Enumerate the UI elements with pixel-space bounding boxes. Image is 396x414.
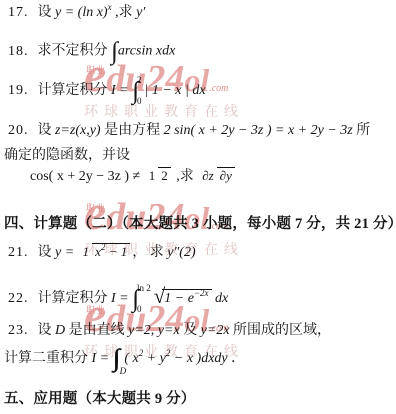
math-arcsin-x: arcsin x <box>118 44 162 59</box>
math-dx: dx <box>162 44 175 59</box>
integral-lower-limit: 0 <box>137 97 142 106</box>
problem-20-text-implicit: 确定的隐函数，并设 <box>4 148 130 163</box>
problem-19-number: 19. <box>8 83 29 98</box>
problem-23-text-region: 所围成的区域， <box>230 323 332 338</box>
math-y-double-prime: y″(2) <box>167 245 195 260</box>
math-region-D: D <box>55 323 65 338</box>
math-sin-equation: 2 sin( x + 2y − 3z ) = x + 2y − 3z <box>164 123 353 138</box>
math-dx: dx <box>192 83 205 98</box>
exam-page: 职业edu24ol.com 环球职业教育在线 职业edu24ol.com 环球职… <box>0 0 396 414</box>
problem-23-text-lines: 是由直线 <box>65 323 128 338</box>
partial-numerator: ∂z <box>199 168 216 183</box>
problem-22: 22.计算定积分 I = ∫ln 20√1 − e−2x dx <box>8 284 228 314</box>
problem-17-text-find: ,求 <box>112 5 137 20</box>
problem-21: 21.设 y = 1x2 − 1， 求 y″(2) <box>8 244 196 262</box>
math-y-prime: y′ <box>136 5 145 20</box>
problem-23-number: 23. <box>8 323 29 338</box>
math-y-equals-lnx: y = (ln x) <box>55 5 108 20</box>
math-plus-y: + y <box>143 351 166 366</box>
problem-23-text-compute: 计算二重积分 <box>4 351 92 366</box>
problem-18-number: 18. <box>8 44 29 59</box>
problem-20-text-find: ,求 <box>173 169 198 184</box>
problem-20-text-suo: 所 <box>353 123 371 138</box>
problem-19: 19.计算定积分 I = ∫20| 1 − x | dx <box>8 76 206 106</box>
problem-20: 20.设 z=z(x,y) 是由方程 2 sin( x + 2y − 3z ) … <box>8 122 370 140</box>
problem-20-condition: cos( x + 2y − 3z ) ≠ 12 ,求 ∂z∂y <box>30 168 237 186</box>
math-abs-1-minus-x: | 1 − x | <box>144 83 192 98</box>
math-dx: dx <box>212 291 229 306</box>
integral-lower-limit: 0 <box>137 305 142 314</box>
partial-denominator: ∂y <box>217 167 235 183</box>
problem-19-text: 计算定积分 <box>38 83 112 98</box>
problem-18-text: 求不定积分 <box>38 44 112 59</box>
sentence-period: ． <box>228 351 246 366</box>
problem-22-number: 22. <box>8 291 29 306</box>
fraction-one-half: 12 <box>146 169 171 184</box>
integral-upper-limit: ln 2 <box>137 284 151 293</box>
math-z-of-xy: z=z(x,y) <box>55 123 101 138</box>
fraction-1-over-x2-minus-1: 1x2 − 1 <box>80 245 131 260</box>
math-minus-x-dxdy: − x )dxdy <box>170 351 227 366</box>
math-y2-yx: y=2, y=x <box>128 323 180 338</box>
problem-20-text-she: 设 <box>38 123 56 138</box>
section-5-title: 五、应用题（本大题共 9 分） <box>4 391 196 407</box>
math-I-equals: I = <box>92 351 113 366</box>
math-open-x: ( x <box>124 351 138 366</box>
problem-17: 17.设 y = (ln x)x ,求 y′ <box>8 4 145 22</box>
section-5-header: 五、应用题（本大题共 9 分） <box>4 390 196 408</box>
problem-23-text-she: 设 <box>38 323 56 338</box>
math-y-2x: y=2x <box>201 323 230 338</box>
problem-23: 23.设 D 是由直线 y=2, y=x 及 y=2x 所围成的区域， <box>8 322 331 340</box>
problem-21-text: 设 <box>38 245 56 260</box>
partial-derivative-dz-dy: ∂z∂y <box>199 169 235 184</box>
fraction-numerator: 1 <box>80 244 93 259</box>
problem-18: 18.求不定积分 ∫arcsin xdx <box>8 39 175 64</box>
math-y-equals: y = <box>55 245 78 260</box>
integral-upper-limit: 2 <box>137 76 142 85</box>
section-4-header: 四、计算题（二）（本大题共 3 小题，每小题 7 分，共 21 分） <box>4 215 396 233</box>
double-integral-domain-D: D <box>120 362 127 380</box>
double-integral: ∫∫D <box>113 346 121 372</box>
fraction-numerator: 1 <box>146 168 159 183</box>
integral-limits: 20 <box>137 76 142 106</box>
problem-23-text-and: 及 <box>180 323 201 338</box>
sqrt-radicand: 1 − e−2x <box>162 289 211 306</box>
problem-20-text-equation: 是由方程 <box>101 123 164 138</box>
fraction-denominator: x2 − 1 <box>92 243 130 259</box>
problem-21-number: 21. <box>8 245 29 260</box>
problem-22-text: 计算定积分 <box>38 291 112 306</box>
section-4-title: 四、计算题（二）（本大题共 3 小题，每小题 7 分，共 21 分） <box>4 216 396 232</box>
integral-limits: ln 20 <box>137 284 151 314</box>
problem-17-number: 17. <box>8 5 29 20</box>
watermark-logo-com: .com <box>209 83 228 94</box>
problem-20-number: 20. <box>8 123 29 138</box>
math-minus-1: − 1 <box>105 244 127 259</box>
math-I-equals: I = <box>111 83 132 98</box>
math-1-minus-e: 1 − e <box>164 291 194 306</box>
fraction-denominator: 2 <box>158 167 171 183</box>
problem-17-text: 设 <box>38 5 56 20</box>
problem-20-continuation: 确定的隐函数，并设 <box>4 147 130 165</box>
math-I-equals: I = <box>111 291 132 306</box>
math-exponent-minus-2x: −2x <box>194 288 209 298</box>
problem-21-text-find: ， 求 <box>132 245 167 260</box>
problem-23-continuation: 计算二重积分 I = ∫∫D( x2 + y2 − x )dxdy ． <box>4 346 245 372</box>
math-cos-condition: cos( x + 2y − 3z ) ≠ <box>30 169 144 184</box>
integral-sign: ∫ <box>111 38 118 65</box>
